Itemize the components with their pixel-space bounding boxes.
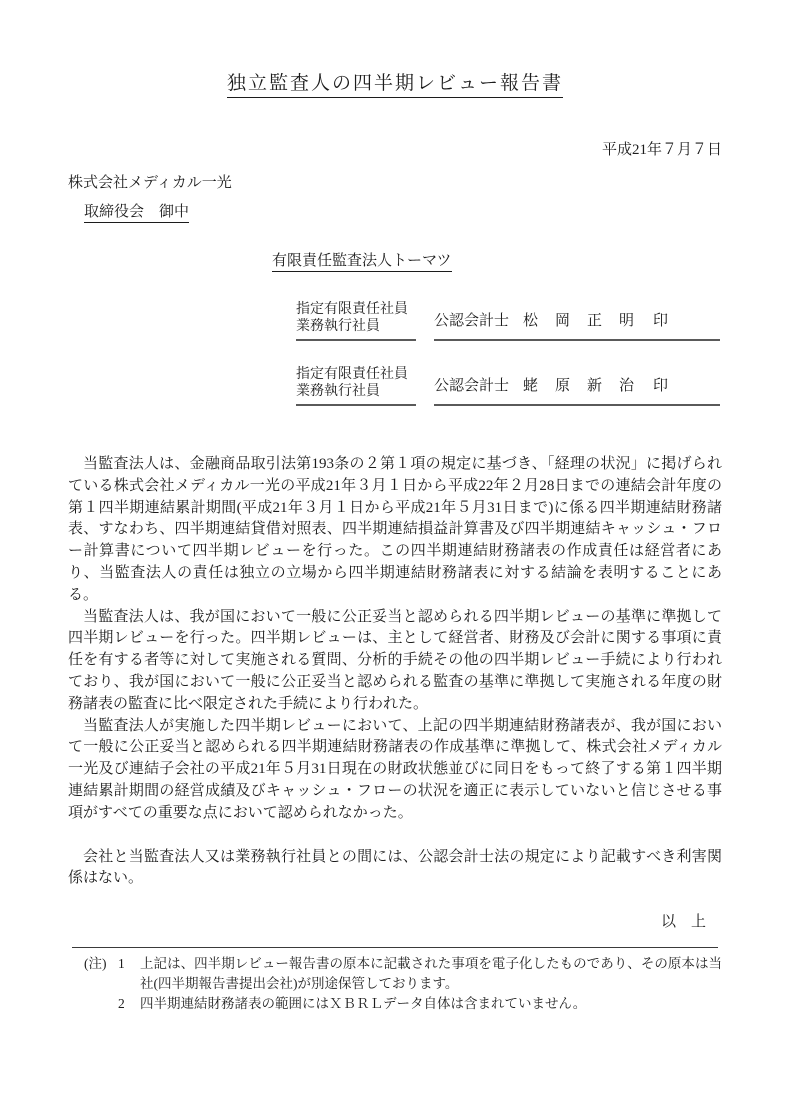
- notes-block: (注) 1 上記は、四半期レビュー報告書の原本に記載された事項を電子化したもので…: [68, 954, 722, 1014]
- signature-title-2: 公認会計士: [434, 374, 509, 395]
- note-item-1: (注) 1 上記は、四半期レビュー報告書の原本に記載された事項を電子化したもので…: [68, 954, 722, 994]
- body-paragraph-3: 当監査法人が実施した四半期レビューにおいて、上記の四半期連結財務諸表が、我が国に…: [68, 716, 722, 825]
- signature-person-2: 蛯原新治: [523, 374, 651, 395]
- signature-role-2-line1: 指定有限責任社員: [296, 367, 408, 382]
- signature-name-1: 公認会計士 松岡正明 印: [434, 302, 720, 341]
- signature-person-1: 松岡正明: [523, 309, 651, 330]
- body-paragraph-1: 当監査法人は、金融商品取引法第193条の２第１項の規定に基づき、「経理の状況」に…: [68, 454, 722, 607]
- report-body: 当監査法人は、金融商品取引法第193条の２第１項の規定に基づき、「経理の状況」に…: [68, 454, 722, 890]
- auditor-firm-line: 有限責任監査法人トーマツ: [272, 249, 722, 272]
- signature-role-2: 指定有限責任社員 業務執行社員: [296, 367, 416, 406]
- report-date: 平成21年７月７日: [68, 138, 722, 159]
- note-1-number: 1: [118, 954, 140, 994]
- note-2-number: 2: [118, 994, 140, 1014]
- signature-row-2: 指定有限責任社員 業務執行社員 公認会計士 蛯原新治 印: [296, 367, 722, 406]
- report-page: 独立監査人の四半期レビュー報告書 平成21年７月７日 株式会社メディカル一光 取…: [0, 0, 790, 1118]
- signature-title-1: 公認会計士: [434, 309, 509, 330]
- addressee-block: 株式会社メディカル一光 取締役会 御中: [68, 171, 722, 223]
- signature-row-1: 指定有限責任社員 業務執行社員 公認会計士 松岡正明 印: [296, 302, 722, 341]
- body-paragraph-4: 会社と当監査法人又は業務執行社員との間には、公認会計士法の規定により記載すべき利…: [68, 847, 722, 891]
- note-1-text: 上記は、四半期レビュー報告書の原本に記載された事項を電子化したものであり、その原…: [140, 954, 722, 994]
- auditor-firm-name: 有限責任監査法人トーマツ: [272, 249, 452, 272]
- closing-mark: 以 上: [68, 910, 722, 931]
- signature-role-1: 指定有限責任社員 業務執行社員: [296, 302, 416, 341]
- body-paragraph-2: 当監査法人は、我が国において一般に公正妥当と認められる四半期レビューの基準に準拠…: [68, 607, 722, 716]
- note-label: (注): [84, 954, 118, 994]
- signature-role-1-line1: 指定有限責任社員: [296, 302, 408, 317]
- note-label-spacer: [84, 994, 118, 1014]
- addressee-board: 取締役会 御中: [84, 200, 189, 223]
- signature-name-2: 公認会計士 蛯原新治 印: [434, 367, 720, 406]
- footer-divider: [72, 947, 718, 948]
- signature-role-2-line2: 業務執行社員: [296, 384, 380, 399]
- addressee-company: 株式会社メディカル一光: [68, 171, 722, 192]
- signature-role-1-line2: 業務執行社員: [296, 319, 380, 334]
- report-title: 独立監査人の四半期レビュー報告書: [227, 68, 563, 98]
- note-item-2: 2 四半期連結財務諸表の範囲にはＸＢＲＬデータ自体は含まれていません。: [68, 994, 722, 1014]
- seal-mark-2: 印: [653, 374, 668, 395]
- seal-mark-1: 印: [653, 309, 668, 330]
- note-2-text: 四半期連結財務諸表の範囲にはＸＢＲＬデータ自体は含まれていません。: [140, 994, 722, 1014]
- title-wrap: 独立監査人の四半期レビュー報告書: [68, 68, 722, 98]
